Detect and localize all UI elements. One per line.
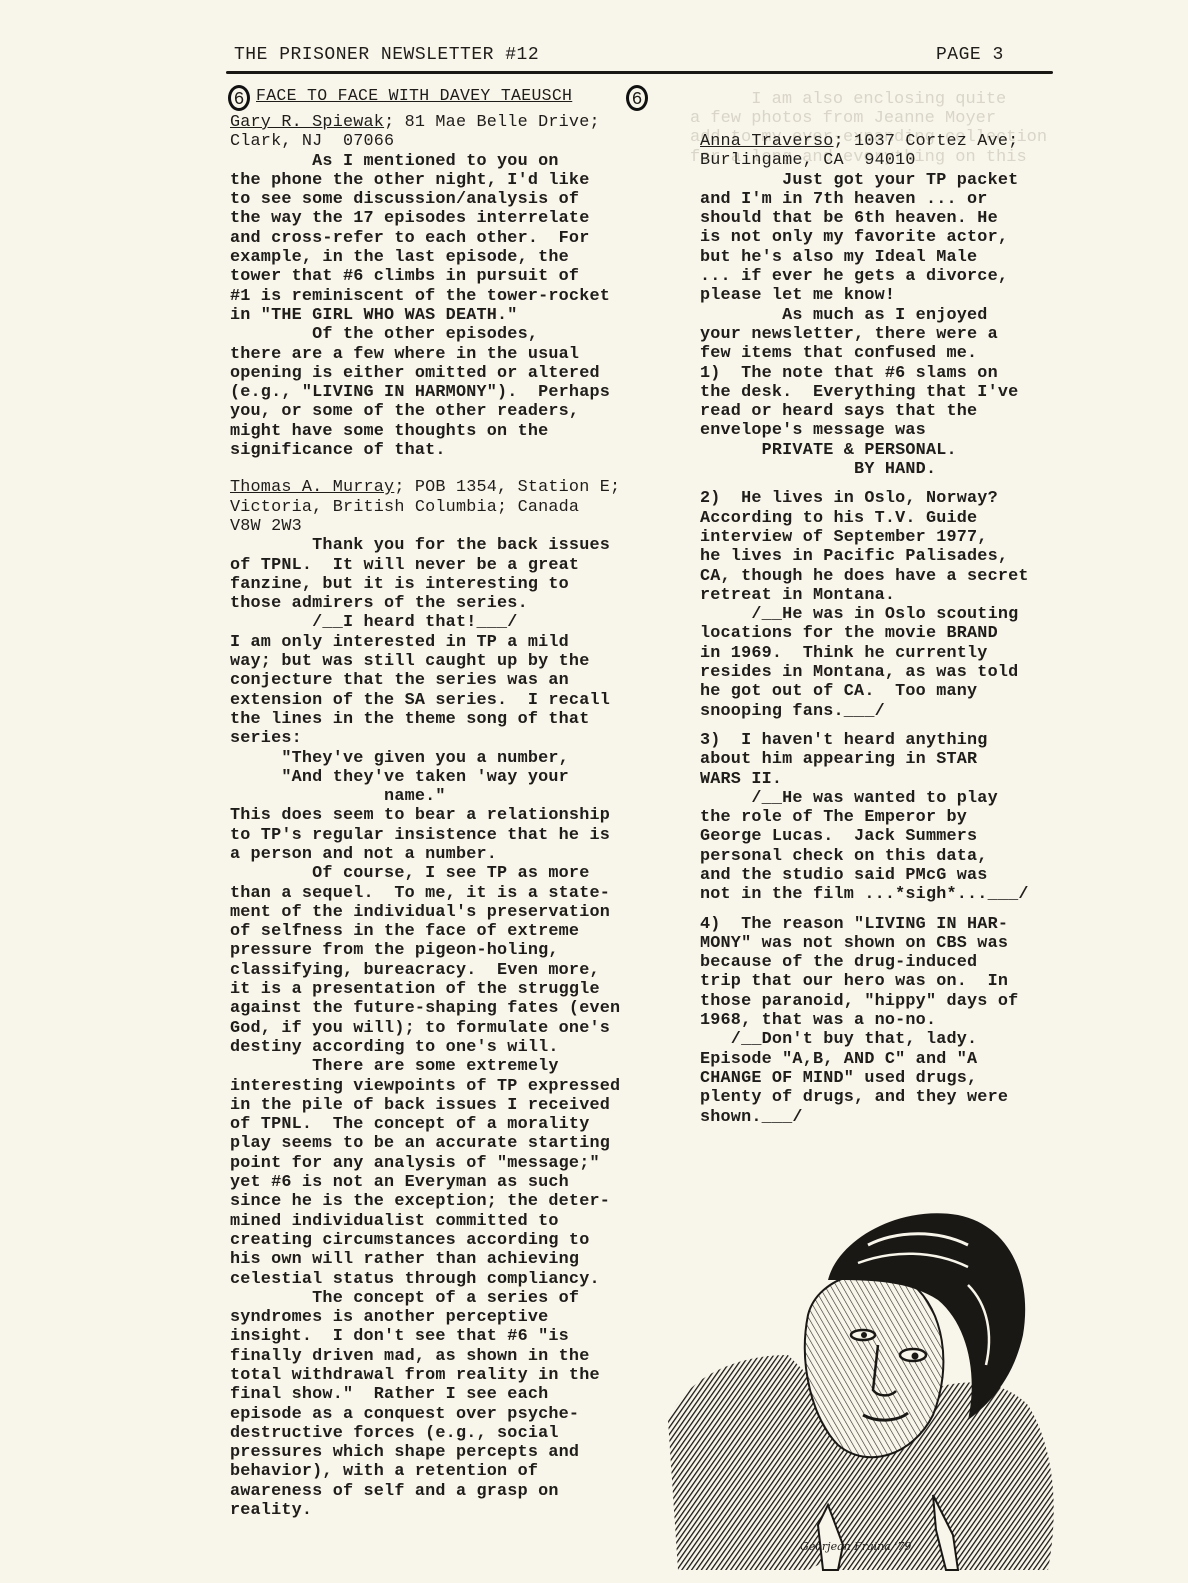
letter-line: to see some discussion/analysis of — [230, 190, 670, 209]
letter-line: ment of the individual's preservation — [230, 903, 670, 922]
letter-column-left: Gary R. Spiewak; 81 Mae Belle Drive; Cla… — [230, 113, 670, 1520]
letter-line: locations for the movie BRAND — [700, 624, 1100, 643]
letter-line: behavior), with a retention of — [230, 1462, 670, 1481]
letter-line: your newsletter, there were a — [700, 325, 1100, 344]
letter-line: trip that our hero was on. In — [700, 972, 1100, 991]
number-six-badge-right: 6 — [626, 85, 648, 111]
section-title: FACE TO FACE WITH DAVEY TAEUSCH — [256, 86, 572, 105]
address-text: ; 1037 Cortez Ave; — [834, 132, 1019, 151]
letter-line: extension of the SA series. I recall — [230, 691, 670, 710]
address-text: ; 81 Mae Belle Drive; — [384, 113, 600, 132]
letter-line: conjecture that the series was an — [230, 671, 670, 690]
letter-line: destructive forces (e.g., social — [230, 1424, 670, 1443]
letter-line — [700, 721, 1100, 731]
letter-line: a person and not a number. — [230, 845, 670, 864]
letter-line: 1) The note that #6 slams on — [700, 364, 1100, 383]
letter-line: those paranoid, "hippy" days of — [700, 992, 1100, 1011]
letter-line: awareness of self and a grasp on — [230, 1482, 670, 1501]
letter-line: retreat in Montana. — [700, 586, 1100, 605]
letter-line: #1 is reminiscent of the tower-rocket — [230, 287, 670, 306]
header-divider — [226, 71, 1053, 74]
letter-line: syndromes is another perceptive — [230, 1308, 670, 1327]
letter-line: 4) The reason "LIVING IN HAR- — [700, 915, 1100, 934]
letter-line: shown.___/ — [700, 1108, 1100, 1127]
letter-line: God, if you will); to formulate one's — [230, 1019, 670, 1038]
letter-line: According to his T.V. Guide — [700, 509, 1100, 528]
letter-line: because of the drug-induced — [700, 953, 1100, 972]
letter-line: tower that #6 climbs in pursuit of — [230, 267, 670, 286]
letter-line: Thank you for the back issues — [230, 536, 670, 555]
letter-line: the way the 17 episodes interrelate — [230, 209, 670, 228]
letter-line — [700, 905, 1100, 915]
letter-address: Gary R. Spiewak; 81 Mae Belle Drive; — [230, 113, 670, 132]
letter-line: read or heard says that the — [700, 402, 1100, 421]
address-text: ; POB 1354, Station E; — [394, 478, 620, 497]
letter-line: Episode "A,B, AND C" and "A — [700, 1050, 1100, 1069]
letter-line: of selfness in the face of extreme — [230, 922, 670, 941]
letter-line: he lives in Pacific Palisades, — [700, 547, 1100, 566]
letter-line: George Lucas. Jack Summers — [700, 827, 1100, 846]
letter-line: /__I heard that!___/ — [230, 613, 670, 632]
letter-line: total withdrawal from reality in the — [230, 1366, 670, 1385]
letter-line: WARS II. — [700, 770, 1100, 789]
letter-line: you, or some of the other readers, — [230, 402, 670, 421]
letter-line: fanzine, but it is interesting to — [230, 575, 670, 594]
letter-column-right: Anna Traverso; 1037 Cortez Ave; Burlinga… — [700, 132, 1100, 1127]
letter-line: 2) He lives in Oslo, Norway? — [700, 489, 1100, 508]
letter-line: the phone the other night, I'd like — [230, 171, 670, 190]
letter-line: Of the other episodes, — [230, 325, 670, 344]
letter-line: "And they've taken 'way your — [230, 768, 670, 787]
letter-line: As I mentioned to you on — [230, 152, 670, 171]
letter-line: there are a few where in the usual — [230, 345, 670, 364]
letter-line: interview of September 1977, — [700, 528, 1100, 547]
letter-line: ... if ever he gets a divorce, — [700, 267, 1100, 286]
letter-line: point for any analysis of "message;" — [230, 1154, 670, 1173]
letter-line: final show." Rather I see each — [230, 1385, 670, 1404]
address-line: V8W 2W3 — [230, 517, 670, 536]
letter-line: creating circumstances according to — [230, 1231, 670, 1250]
letter-line: in the pile of back issues I received — [230, 1096, 670, 1115]
letter-line: of TPNL. It will never be a great — [230, 556, 670, 575]
letter-line: CHANGE OF MIND" used drugs, — [700, 1069, 1100, 1088]
letter-line: "They've given you a number, — [230, 749, 670, 768]
letter-line: plenty of drugs, and they were — [700, 1088, 1100, 1107]
letter-line: those admirers of the series. — [230, 594, 670, 613]
letter-traverso: Anna Traverso; 1037 Cortez Ave; Burlinga… — [700, 132, 1100, 1127]
letter-author: Gary R. Spiewak — [230, 113, 384, 132]
address-line: Victoria, British Columbia; Canada — [230, 498, 670, 517]
letter-line: I am only interested in TP a mild — [230, 633, 670, 652]
letter-line: interesting viewpoints of TP expressed — [230, 1077, 670, 1096]
letter-address: Anna Traverso; 1037 Cortez Ave; — [700, 132, 1100, 151]
letter-line — [700, 479, 1100, 489]
letter-line: of TPNL. The concept of a morality — [230, 1115, 670, 1134]
letter-line: mined individualist committed to — [230, 1212, 670, 1231]
letter-line: reality. — [230, 1501, 670, 1520]
newsletter-title: THE PRISONER NEWSLETTER #12 — [234, 45, 539, 65]
letter-line: the lines in the theme song of that — [230, 710, 670, 729]
letter-line: he got out of CA. Too many — [700, 682, 1100, 701]
letter-line: As much as I enjoyed — [700, 306, 1100, 325]
letter-line: snooping fans.___/ — [700, 702, 1100, 721]
portrait-illustration — [668, 1205, 1060, 1575]
letter-line: and the studio said PMcG was — [700, 866, 1100, 885]
letter-author: Anna Traverso — [700, 132, 834, 151]
letter-line: to TP's regular insistence that he is — [230, 826, 670, 845]
letter-line: BY HAND. — [700, 460, 1100, 479]
letter-line: opening is either omitted or altered — [230, 364, 670, 383]
letter-line: might have some thoughts on the — [230, 422, 670, 441]
letter-line: destiny according to one's will. — [230, 1038, 670, 1057]
letter-line: few items that confused me. — [700, 344, 1100, 363]
letter-line: significance of that. — [230, 441, 670, 460]
letter-line: /__He was in Oslo scouting — [700, 605, 1100, 624]
letter-author: Thomas A. Murray — [230, 478, 394, 497]
number-six-badge-left: 6 — [228, 85, 250, 111]
letter-line: should that be 6th heaven. He — [700, 209, 1100, 228]
letter-body: Thank you for the back issuesof TPNL. It… — [230, 536, 670, 1520]
letter-line: than a sequel. To me, it is a state- — [230, 884, 670, 903]
letter-line: pressures which shape percepts and — [230, 1443, 670, 1462]
letter-line: This does seem to bear a relationship — [230, 806, 670, 825]
letter-line: envelope's message was — [700, 421, 1100, 440]
letter-murray: Thomas A. Murray; POB 1354, Station E; V… — [230, 478, 670, 1520]
letter-line: There are some extremely — [230, 1057, 670, 1076]
letter-line: PRIVATE & PERSONAL. — [700, 441, 1100, 460]
address-line: Clark, NJ 07066 — [230, 132, 670, 151]
letter-line: and cross-refer to each other. For — [230, 229, 670, 248]
letter-line: but he's also my Ideal Male — [700, 248, 1100, 267]
letter-line: /__He was wanted to play — [700, 789, 1100, 808]
letter-line: celestial status through compliancy. — [230, 1270, 670, 1289]
letter-line: name." — [230, 787, 670, 806]
letter-line: his own will rather than achieving — [230, 1250, 670, 1269]
letter-line: not in the film ...*sigh*...___/ — [700, 885, 1100, 904]
letter-line: series: — [230, 729, 670, 748]
section-heading: 6 FACE TO FACE WITH DAVEY TAEUSCH 6 — [228, 85, 658, 109]
letter-address: Thomas A. Murray; POB 1354, Station E; — [230, 478, 670, 497]
letter-spiewak: Gary R. Spiewak; 81 Mae Belle Drive; Cla… — [230, 113, 670, 460]
letter-line: in "THE GIRL WHO WAS DEATH." — [230, 306, 670, 325]
letter-line: (e.g., "LIVING IN HARMONY"). Perhaps — [230, 383, 670, 402]
letter-line: CA, though he does have a secret — [700, 567, 1100, 586]
letter-line: against the future-shaping fates (even — [230, 999, 670, 1018]
letter-line: and I'm in 7th heaven ... or — [700, 190, 1100, 209]
letter-line: episode as a conquest over psyche- — [230, 1405, 670, 1424]
letter-line: MONY" was not shown on CBS was — [700, 934, 1100, 953]
letter-line: example, in the last episode, the — [230, 248, 670, 267]
letter-line: in 1969. Think he currently — [700, 644, 1100, 663]
letter-line: the role of The Emperor by — [700, 808, 1100, 827]
artist-signature: Georjean Fraina '79 — [800, 1540, 911, 1553]
letter-line: resides in Montana, as was told — [700, 663, 1100, 682]
letter-line: classifying, bureacracy. Even more, — [230, 961, 670, 980]
letter-line: insight. I don't see that #6 "is — [230, 1327, 670, 1346]
letter-line: 3) I haven't heard anything — [700, 731, 1100, 750]
letter-line: the desk. Everything that I've — [700, 383, 1100, 402]
letter-line: The concept of a series of — [230, 1289, 670, 1308]
letter-line: is not only my favorite actor, — [700, 228, 1100, 247]
letter-line: about him appearing in STAR — [700, 750, 1100, 769]
letter-line: Just got your TP packet — [700, 171, 1100, 190]
letter-line: /__Don't buy that, lady. — [700, 1030, 1100, 1049]
letter-line: way; but was still caught up by the — [230, 652, 670, 671]
page-number: PAGE 3 — [936, 45, 1004, 65]
letter-body: Just got your TP packetand I'm in 7th he… — [700, 171, 1100, 1127]
letter-line: play seems to be an accurate starting — [230, 1134, 670, 1153]
letter-line: 1968, that was a no-no. — [700, 1011, 1100, 1030]
letter-body: As I mentioned to you onthe phone the ot… — [230, 152, 670, 461]
letter-line: please let me know! — [700, 286, 1100, 305]
letter-line: it is a presentation of the struggle — [230, 980, 670, 999]
address-line: Burlingame, CA 94010 — [700, 151, 1100, 170]
letter-line: pressure from the pigeon-holing, — [230, 941, 670, 960]
letter-line: since he is the exception; the deter- — [230, 1192, 670, 1211]
letter-line: finally driven mad, as shown in the — [230, 1347, 670, 1366]
letter-line: yet #6 is not an Everyman as such — [230, 1173, 670, 1192]
letter-line: personal check on this data, — [700, 847, 1100, 866]
letter-line: Of course, I see TP as more — [230, 864, 670, 883]
